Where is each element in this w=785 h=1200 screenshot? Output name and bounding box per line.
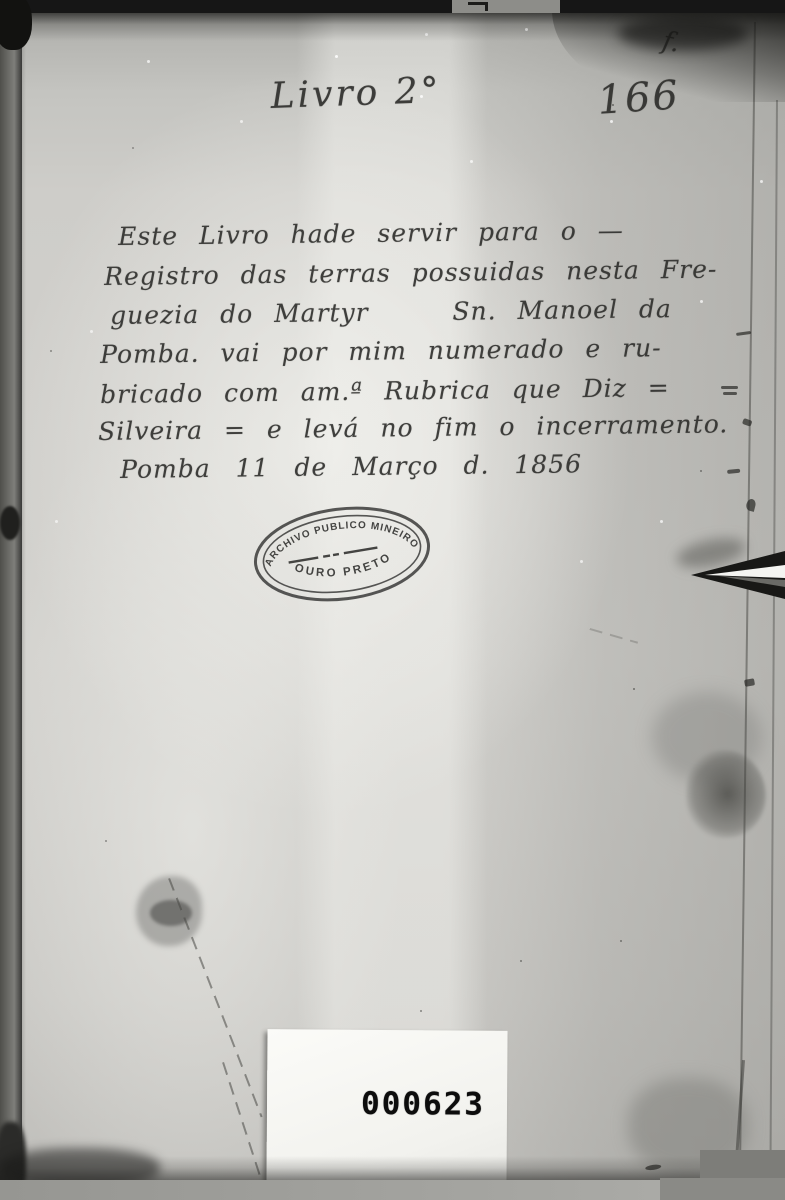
manuscript-line: Este Livro hade servir para o — bbox=[118, 216, 624, 251]
catalog-number: 000623 bbox=[361, 1086, 485, 1123]
pen-nib-icon bbox=[689, 545, 785, 607]
book-volume-heading: Livro 2° bbox=[270, 70, 442, 117]
bracket-mark bbox=[485, 2, 488, 11]
scanned-document-photo: Livro 2° 166 f. Este Livro hade servir p… bbox=[0, 0, 785, 1200]
stamp-bottom-text: OURO PRETO bbox=[292, 550, 396, 585]
archive-stamp: ARCHIVO PUBLICO MINEIRO OURO PRETO bbox=[244, 491, 439, 617]
page-corner-step bbox=[660, 1178, 785, 1200]
photo-top-border bbox=[0, 0, 785, 13]
ink-bleed-mark bbox=[721, 386, 738, 389]
paper-speckles-light bbox=[335, 55, 338, 58]
edge-dark-mark bbox=[0, 506, 20, 540]
ink-bleed-mark bbox=[723, 392, 737, 395]
manuscript-line: Pomba 11 de Março d. 1856 bbox=[120, 449, 582, 484]
stamp-top-text: ARCHIVO PUBLICO MINEIRO bbox=[259, 512, 421, 570]
svg-text:ARCHIVO PUBLICO MINEIRO: ARCHIVO PUBLICO MINEIRO bbox=[259, 512, 421, 570]
photo-left-border bbox=[0, 0, 26, 1200]
fold-dark-blob bbox=[618, 16, 748, 50]
ink-stain bbox=[686, 750, 766, 838]
svg-text:OURO PRETO: OURO PRETO bbox=[292, 550, 396, 585]
